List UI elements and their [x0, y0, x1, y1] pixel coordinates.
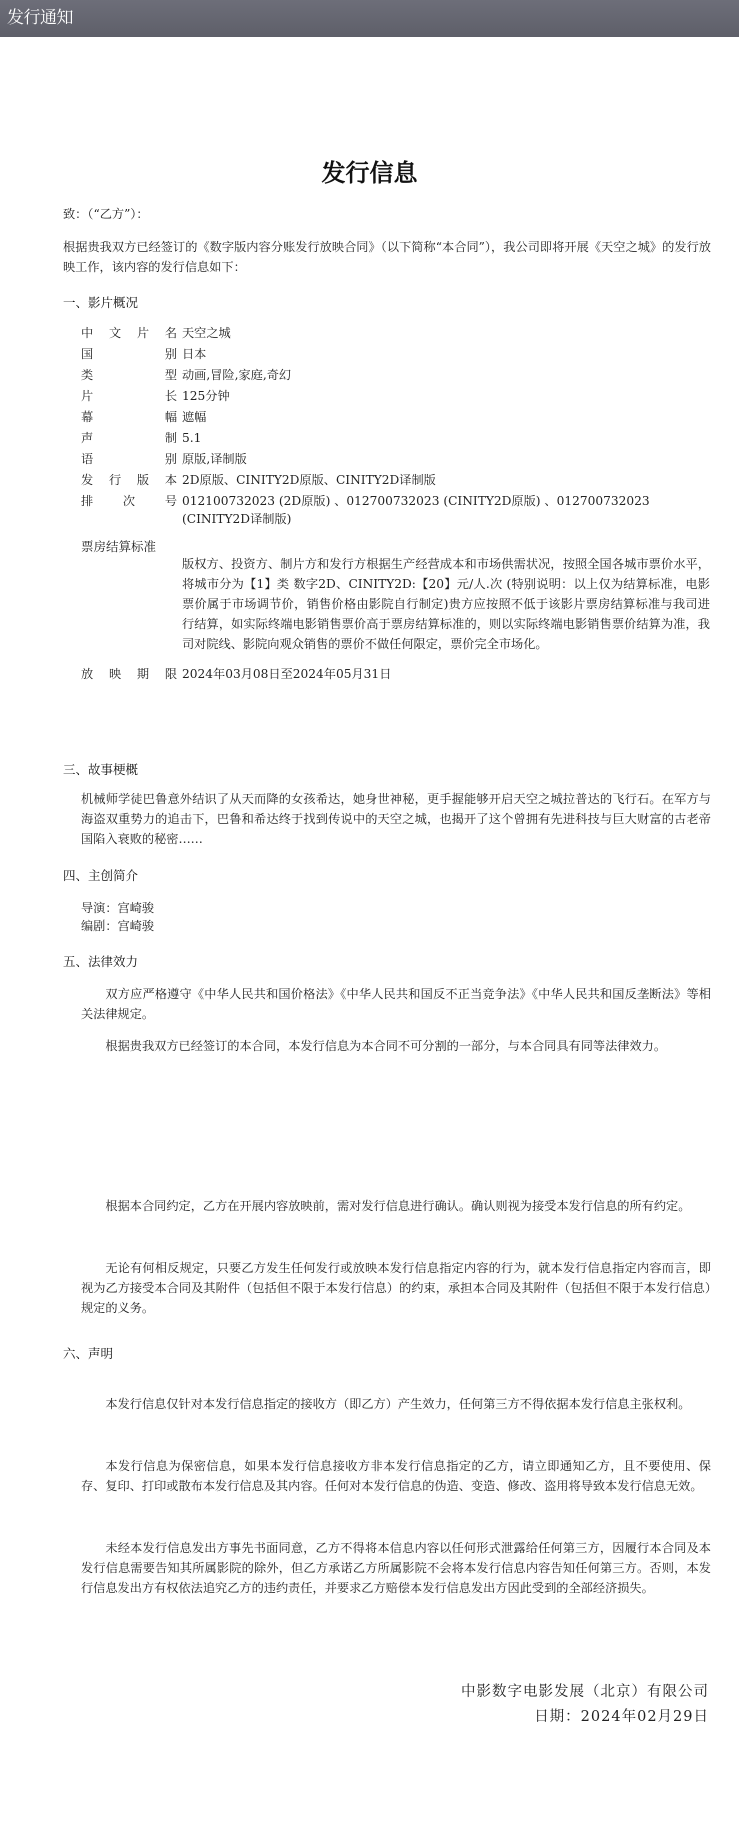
film-info-label: 幕幅 — [81, 408, 177, 426]
label-char: 号 — [165, 492, 177, 510]
film-info-label: 中文片名 — [81, 324, 177, 342]
label-char: 型 — [165, 366, 177, 384]
legal-paragraph-4: 无论有何相反规定，只要乙方发生任何发行或放映本发行信息指定内容的行为，就本发行信… — [81, 1258, 711, 1318]
statement-paragraph-2: 本发行信息为保密信息，如果本发行信息接收方非本发行信息指定的乙方，请立即通知乙方… — [81, 1456, 711, 1496]
film-info-value: 012100732023 (2D原版) 、012700732023 (CINIT… — [182, 492, 710, 528]
section5-heading: 五、法律效力 — [63, 952, 138, 970]
film-info-label: 声制 — [81, 429, 177, 447]
section1-heading: 一、影片概况 — [63, 293, 138, 311]
legal-paragraph-1: 双方应严格遵守《中华人民共和国价格法》《中华人民共和国反不正当竞争法》《中华人民… — [81, 984, 711, 1024]
film-info-value: 5.1 — [182, 429, 710, 447]
intro-paragraph: 根据贵我双方已经签订的《数字版内容分账发行放映合同》（以下简称“本合同”），我公… — [63, 237, 711, 277]
label-char: 幅 — [165, 408, 177, 426]
label-char: 次 — [123, 492, 135, 510]
label-char: 片 — [81, 387, 93, 405]
film-info-value: 天空之城 — [182, 324, 710, 342]
label-char: 发 — [81, 471, 93, 489]
label-char: 本 — [165, 471, 177, 489]
label-char: 映 — [109, 665, 121, 683]
screening-period-label: 放映期限 — [81, 665, 177, 683]
director-line: 导演：宫崎骏 — [81, 898, 154, 918]
label-char: 幕 — [81, 408, 93, 426]
film-info-value: 2D原版、CINITY2D原版、CINITY2D译制版 — [182, 471, 710, 489]
label-char: 类 — [81, 366, 93, 384]
label-char: 别 — [165, 345, 177, 363]
statement-paragraph-1: 本发行信息仅针对本发行信息指定的接收方（即乙方）产生效力，任何第三方不得依据本发… — [81, 1394, 711, 1414]
film-info-label: 类型 — [81, 366, 177, 384]
section3-heading: 三、故事梗概 — [63, 760, 138, 778]
synopsis-text: 机械师学徒巴鲁意外结识了从天而降的女孩希达，她身世神秘，更手握能够开启天空之城拉… — [81, 789, 711, 849]
salutation: 致：（“乙方”）： — [63, 204, 149, 224]
film-info-label: 发行版本 — [81, 471, 177, 489]
settlement-text: 版权方、投资方、制片方和发行方根据生产经营成本和市场供需状况，按照全国各城市票价… — [182, 554, 710, 654]
screening-period-value: 2024年03月08日至2024年05月31日 — [182, 665, 710, 683]
film-info-value: 125分钟 — [182, 387, 710, 405]
film-info-value: 遮幅 — [182, 408, 710, 426]
statement-paragraph-3: 未经本发行信息发出方事先书面同意，乙方不得将本信息内容以任何形式泄露给任何第三方… — [81, 1538, 711, 1598]
legal-paragraph-2: 根据贵我双方已经签订的本合同，本发行信息为本合同不可分割的一部分，与本合同具有同… — [81, 1036, 711, 1056]
writer-line: 编剧：宫崎骏 — [81, 916, 154, 936]
film-info-value: 原版,译制版 — [182, 450, 710, 468]
document-title: 发行信息 — [0, 153, 739, 188]
label-char: 语 — [81, 450, 93, 468]
legal-paragraph-3: 根据本合同约定，乙方在开展内容放映前，需对发行信息进行确认。确认则视为接受本发行… — [81, 1196, 711, 1216]
section4-heading: 四、主创简介 — [63, 866, 138, 884]
label-char: 行 — [109, 471, 121, 489]
film-info-value: 日本 — [182, 345, 710, 363]
section6-heading: 六、声明 — [63, 1344, 113, 1362]
label-char: 放 — [81, 665, 93, 683]
settlement-label: 票房结算标准 — [81, 537, 156, 555]
signature-date: 日期：2024年02月29日 — [534, 1705, 709, 1726]
label-char: 制 — [165, 429, 177, 447]
film-info-label: 片长 — [81, 387, 177, 405]
label-char: 别 — [165, 450, 177, 468]
title-bar: 发行通知 — [0, 0, 739, 37]
label-char: 声 — [81, 429, 93, 447]
film-info-label: 国别 — [81, 345, 177, 363]
label-char: 中 — [81, 324, 93, 342]
label-char: 名 — [165, 324, 177, 342]
label-char: 文 — [109, 324, 121, 342]
label-char: 期 — [137, 665, 149, 683]
label-char: 版 — [137, 471, 149, 489]
label-char: 片 — [137, 324, 149, 342]
label-char: 长 — [165, 387, 177, 405]
film-info-value: 动画,冒险,家庭,奇幻 — [182, 366, 710, 384]
label-char: 限 — [165, 665, 177, 683]
film-info-label: 排次号 — [81, 492, 177, 510]
signature-company: 中影数字电影发展（北京）有限公司 — [461, 1680, 709, 1701]
film-info-label: 语别 — [81, 450, 177, 468]
label-char: 国 — [81, 345, 93, 363]
label-char: 排 — [81, 492, 93, 510]
window-title: 发行通知 — [7, 5, 73, 31]
